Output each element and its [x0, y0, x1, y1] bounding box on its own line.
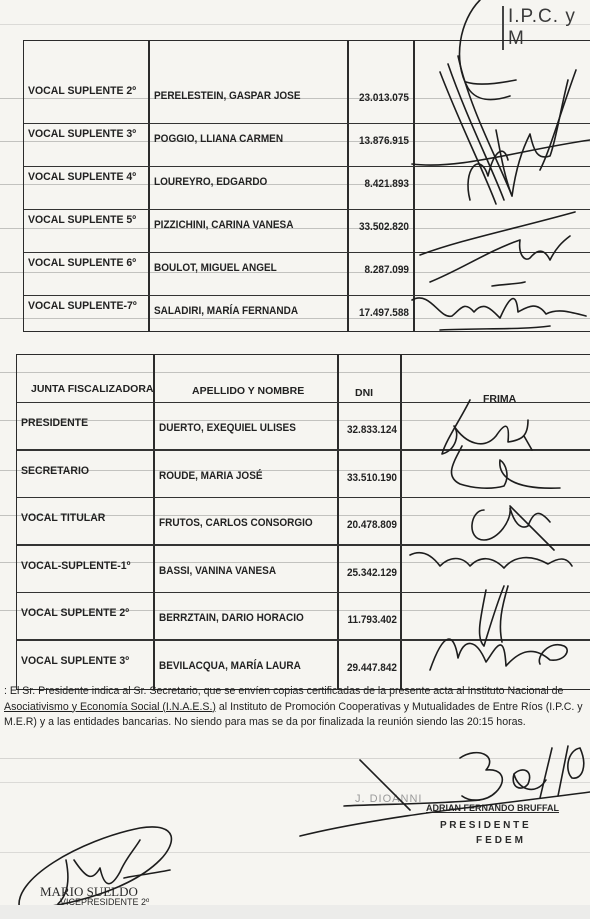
- member-role: SECRETARIO: [21, 464, 89, 477]
- member-dni: 25.342.129: [337, 567, 397, 579]
- member-name: SALADIRI, MARÍA FERNANDA: [154, 306, 298, 318]
- member-dni: 11.793.402: [337, 615, 397, 627]
- inaes-reference: Asociativismo y Economía Social (I.N.A.E…: [4, 701, 216, 713]
- scanned-document-page: I.P.C. y M VOCAL SUPLENTE 2ºPERELESTEIN,…: [0, 0, 590, 905]
- member-role: VOCAL SUPLENTE 2º: [28, 85, 136, 98]
- member-role: VOCAL SUPLENTE-7º: [28, 300, 137, 313]
- member-role: VOCAL SUPLENTE 3º: [28, 128, 136, 141]
- member-dni: 29.447.842: [337, 662, 397, 674]
- member-role: VOCAL TITULAR: [21, 512, 105, 525]
- member-name: FRUTOS, CARLOS CONSORGIO: [159, 518, 313, 530]
- paragraph-line-2: Asociativismo y Economía Social (I.N.A.E…: [4, 700, 590, 716]
- member-name: BOULOT, MIGUEL ANGEL: [154, 263, 277, 275]
- member-role: VOCAL SUPLENTE 5º: [28, 214, 136, 227]
- member-name: DUERTO, EXEQUIEL ULISES: [159, 423, 296, 435]
- member-name: ROUDE, MARIA JOSÉ: [159, 470, 263, 482]
- member-role: PRESIDENTE: [21, 417, 88, 430]
- member-name: PIZZICHINI, CARINA VANESA: [154, 220, 293, 232]
- member-name: PERELESTEIN, GASPAR JOSE: [154, 91, 301, 103]
- member-dni: 32.833.124: [337, 425, 397, 437]
- member-name: POGGIO, LLIANA CARMEN: [154, 134, 283, 146]
- member-dni: 33.510.190: [337, 472, 397, 484]
- member-role: VOCAL SUPLENTE 3º: [21, 654, 129, 667]
- member-role: VOCAL SUPLENTE 4º: [28, 171, 136, 184]
- member-role: VOCAL SUPLENTE 2º: [21, 607, 129, 620]
- closing-paragraph: : El Sr. Presidente indica al Sr. Secret…: [4, 684, 590, 731]
- signature-scribble-board: [400, 0, 590, 340]
- member-name: BEVILACQUA, MARÍA LAURA: [159, 660, 301, 672]
- member-name: BASSI, VANINA VANESA: [159, 565, 276, 577]
- member-role: VOCAL SUPLENTE 6º: [28, 257, 136, 270]
- member-role: VOCAL-SUPLENTE-1º: [21, 559, 130, 572]
- member-name: LOUREYRO, EDGARDO: [154, 177, 267, 189]
- member-dni: 20.478.809: [337, 520, 397, 532]
- signature-scribble-audit: [400, 380, 590, 690]
- signature-president: [300, 740, 590, 840]
- paragraph-line-3: M.E.R) y a las entidades bancarias. No s…: [4, 715, 590, 731]
- member-name: BERRZTAIN, DARIO HORACIO: [159, 613, 304, 625]
- scan-bottom-edge: [0, 905, 590, 919]
